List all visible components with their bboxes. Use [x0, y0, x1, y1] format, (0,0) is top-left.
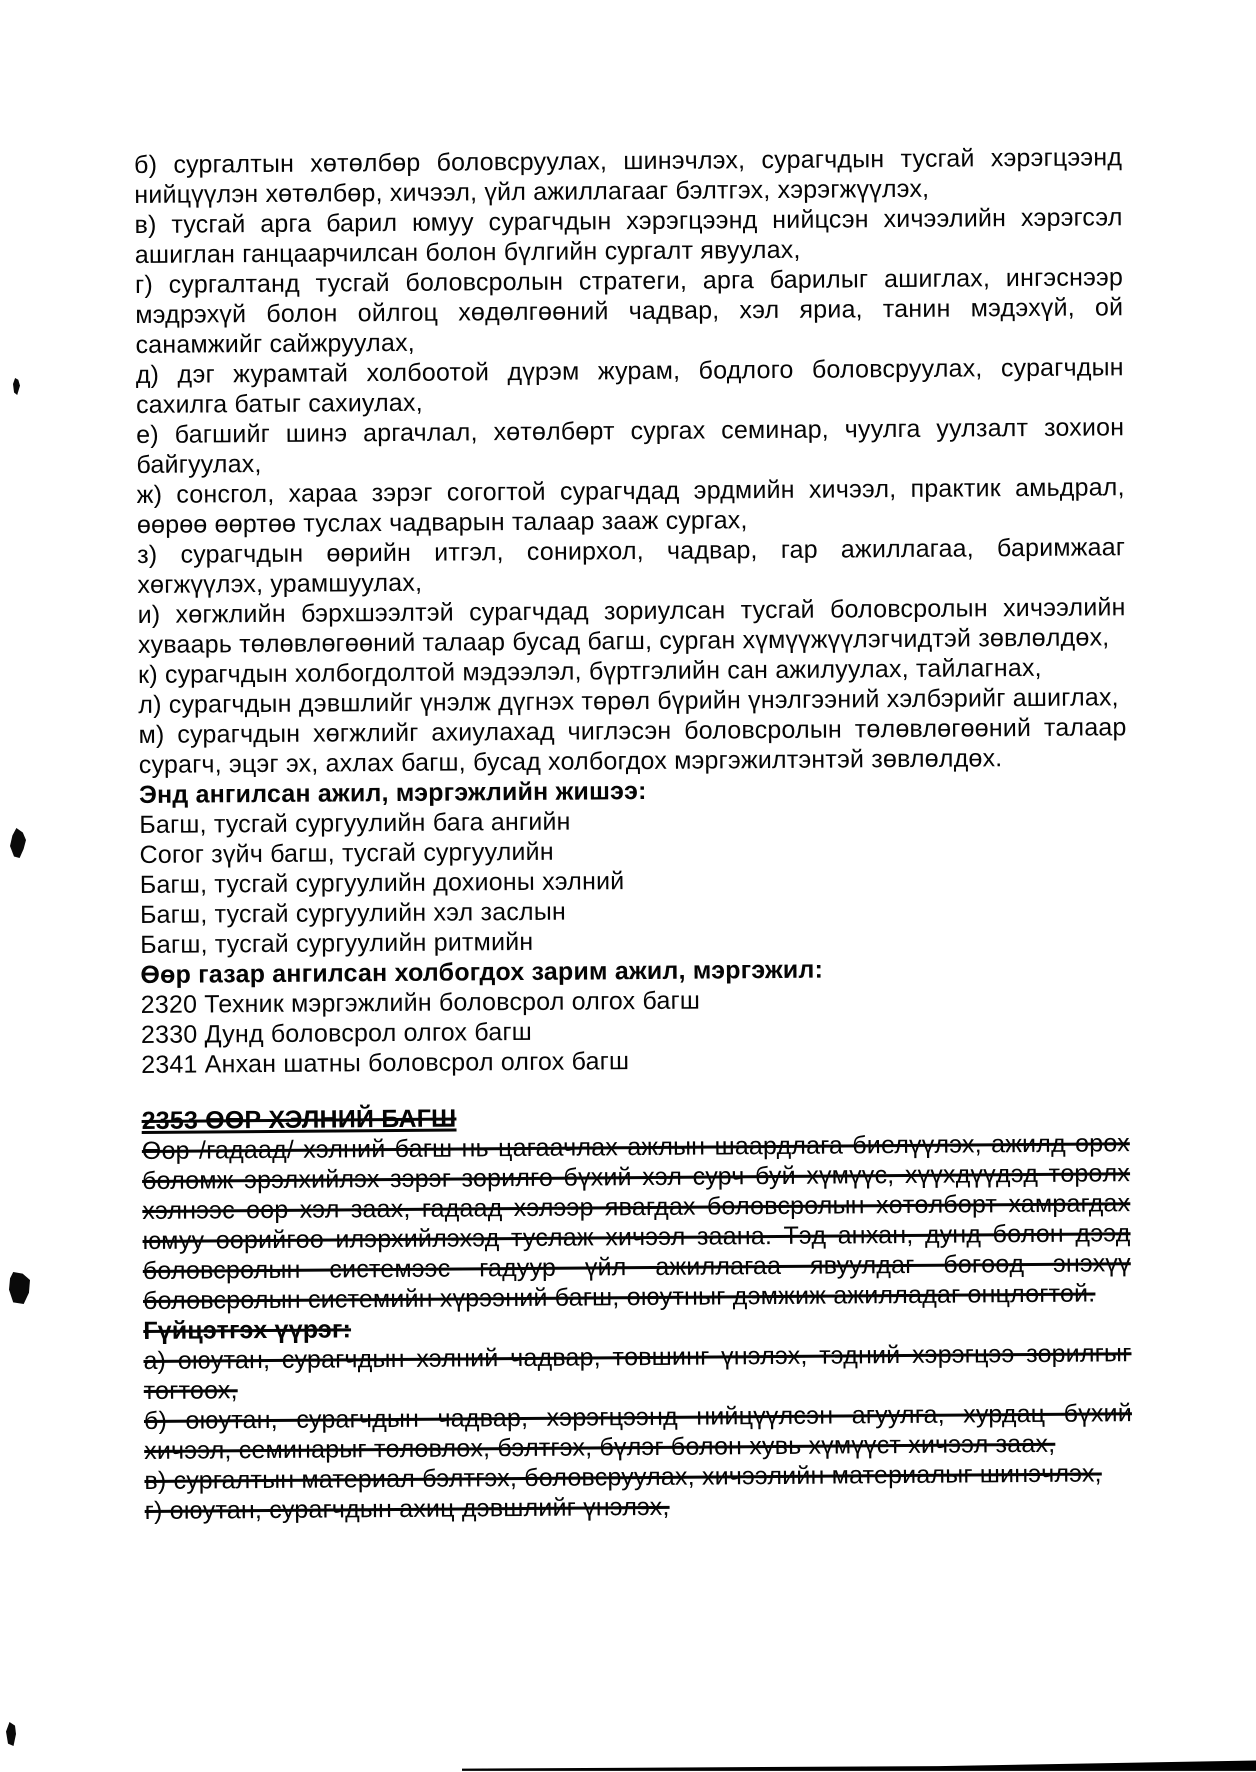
struck-task-item: б) оюутан, сурагчдын чадвар, хэрэгцээнд … [144, 1398, 1132, 1466]
ink-speck [13, 378, 20, 395]
duty-item-m: м) сурагчдын хөгжлийг ахиулахад чиглэсэн… [138, 712, 1126, 780]
duty-item-zh: ж) сонсгол, хараа зэрэг согогтой сурагчд… [137, 472, 1125, 540]
duty-item-b: б) сургалтын хөтөлбөр боловсруулах, шинэ… [134, 142, 1122, 210]
duty-item-v: в) тусгай арга барил юмуу сурагчдын хэрэ… [134, 202, 1122, 270]
scanned-document-page: б) сургалтын хөтөлбөр боловсруулах, шинэ… [0, 0, 1256, 1772]
duty-item-g: г) сургалтанд тусгай боловсролын стратег… [135, 262, 1124, 360]
struck-task-item: г) оюутан, сурагчдын ахиц дэвшлийг үнэлэ… [145, 1488, 1133, 1526]
duty-item-i: и) хөгжлийн бэрхшээлтэй сурагчдад зориул… [138, 592, 1126, 660]
duty-item-z: з) сурагчдын өөрийн итгэл, сонирхол, чад… [137, 532, 1125, 600]
duty-item-e: е) багшийг шинэ аргачлал, хөтөлбөрт сург… [136, 412, 1124, 480]
scan-edge-line [462, 1758, 1256, 1772]
struck-section-description: Өөр /гадаад/ хэлний багш нь цагаачлах аж… [142, 1128, 1131, 1316]
ink-blot [9, 1272, 30, 1304]
document-text-block: б) сургалтын хөтөлбөр боловсруулах, шинэ… [134, 142, 1133, 1526]
ink-speck [6, 1722, 16, 1746]
struck-task-item: а) оюутан, сурагчдын хэлний чадвар, төвш… [143, 1338, 1131, 1406]
ink-blot [10, 828, 26, 858]
duty-item-d: д) дэг журамтай холбоотой дүрэм журам, б… [136, 352, 1124, 420]
